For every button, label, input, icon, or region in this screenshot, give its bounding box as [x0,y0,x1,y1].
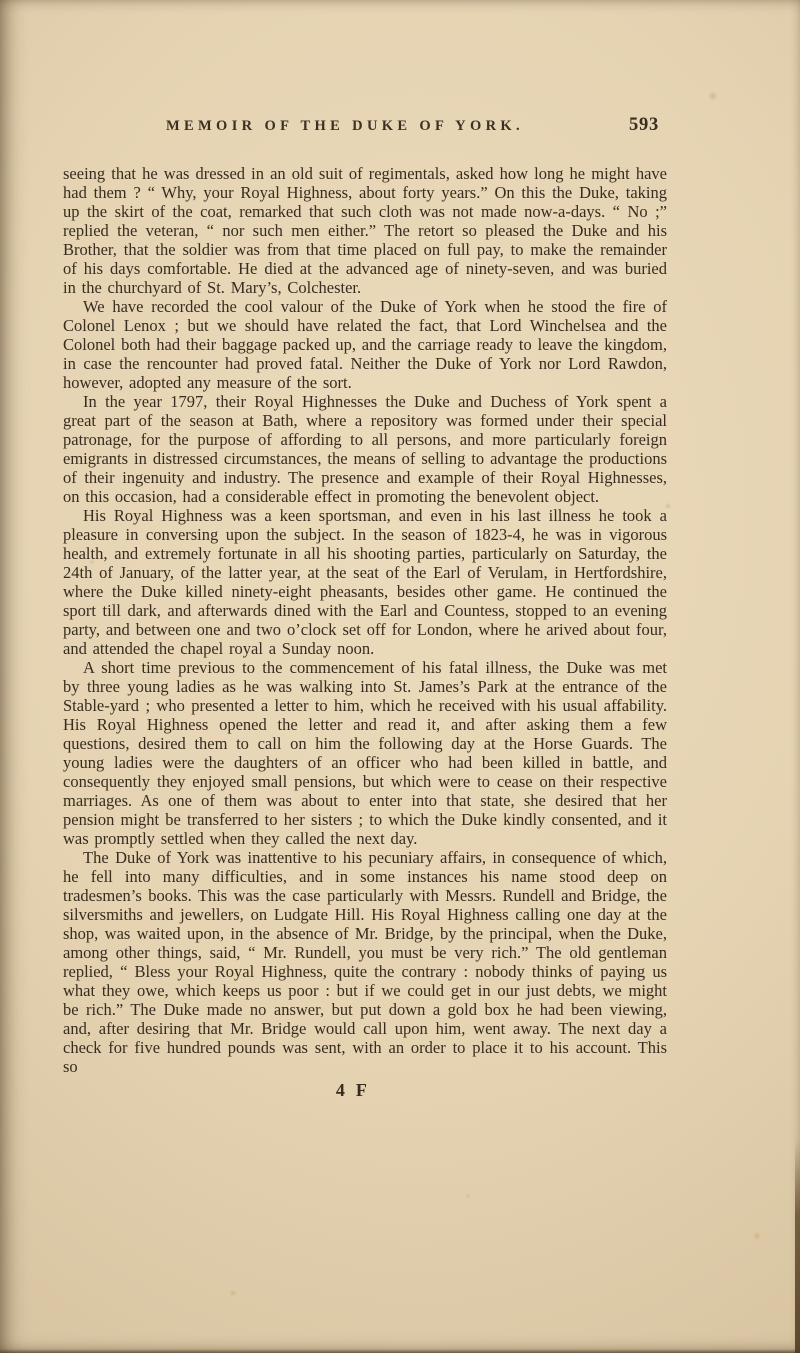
paragraph: The Duke of York was inattentive to his … [63,848,667,1076]
running-header: MEMOIR OF THE DUKE OF YORK. 593 [63,118,667,140]
paragraph-continued: seeing that he was dressed in an old sui… [63,164,667,297]
paragraph: His Royal Highness was a keen sportsman,… [63,506,667,658]
page-number: 593 [629,115,659,136]
page-body: seeing that he was dressed in an old sui… [63,164,667,1076]
signature-mark: 4 F [63,1080,643,1101]
running-title: MEMOIR OF THE DUKE OF YORK. [63,118,667,135]
paragraph: In the year 1797, their Royal Highnesses… [63,392,667,506]
paragraph: We have recorded the cool valour of the … [63,297,667,392]
book-page-scan: MEMOIR OF THE DUKE OF YORK. 593 seeing t… [0,0,800,1353]
page-edge-shadow-bottom [0,1349,800,1353]
page-edge-shadow-right [795,1140,800,1353]
text-block: MEMOIR OF THE DUKE OF YORK. 593 seeing t… [63,118,667,1101]
paragraph: A short time previous to the commencemen… [63,658,667,848]
